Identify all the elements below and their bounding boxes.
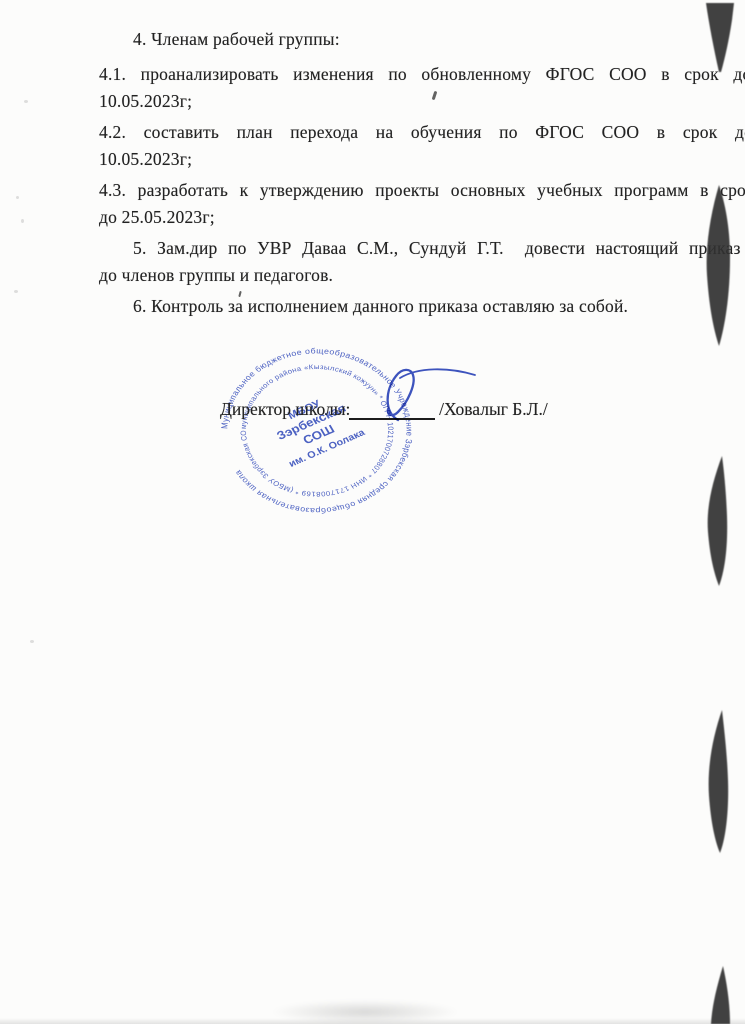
paragraph-5: 5. Зам.дир по УВР Даваа С.М., Сундуй Г.Т… [99,235,715,289]
handwritten-signature [372,366,478,424]
paragraph-5-line-2: до членов группы и педагогов. [99,262,333,289]
signature-strokes [388,369,475,420]
paper-speck [30,640,34,643]
scanned-document-page: { "content": { "item4_header": "4. Члена… [0,0,745,1024]
scan-artifact-3 [708,456,728,586]
bottom-edge-shadow [0,1018,745,1024]
document-text: 4. Членам рабочей группы: 4.1. проанализ… [99,26,715,324]
paragraph-4-1: 4.1. проанализировать изменения по обнов… [99,61,715,115]
paper-speck [21,219,24,223]
paragraph-4-2-line-2: 10.05.2023г; [99,149,192,169]
scan-artifact-4 [709,710,729,853]
paragraph-4-1-line-1: 4.1. проанализировать изменения по обнов… [99,64,745,84]
paragraph-5-line-1: 5. Зам.дир по УВР Даваа С.М., Сундуй Г.Т… [133,238,741,258]
paragraph-4-3-line-1: 4.3. разработать к утверждению проекты о… [99,180,745,200]
paragraph-4-3: 4.3. разработать к утверждению проекты о… [99,177,715,231]
item-4-header: 4. Членам рабочей группы: [99,26,715,53]
paragraph-4-2-line-1: 4.2. составить план перехода на обучения… [99,122,745,142]
paper-speck [14,290,18,293]
paper-speck [16,196,19,199]
signature-scribble-icon [372,366,478,424]
paragraph-4-3-line-2: до 25.05.2023г; [99,207,215,227]
paragraph-6-text: 6. Контроль за исполнением данного прика… [133,296,628,316]
document-page: 4. Членам рабочей группы: 4.1. проанализ… [0,0,745,1024]
scan-artifact-5 [711,966,730,1024]
paper-speck [24,100,28,103]
paragraph-4-2: 4.2. составить план перехода на обучения… [99,119,715,173]
paragraph-6: 6. Контроль за исполнением данного прика… [99,293,715,320]
paragraph-4-1-line-2: 10.05.2023г; [99,91,192,111]
signature-label: Директор школы: [220,396,350,423]
item-4-header-text: 4. Членам рабочей группы: [133,29,340,49]
